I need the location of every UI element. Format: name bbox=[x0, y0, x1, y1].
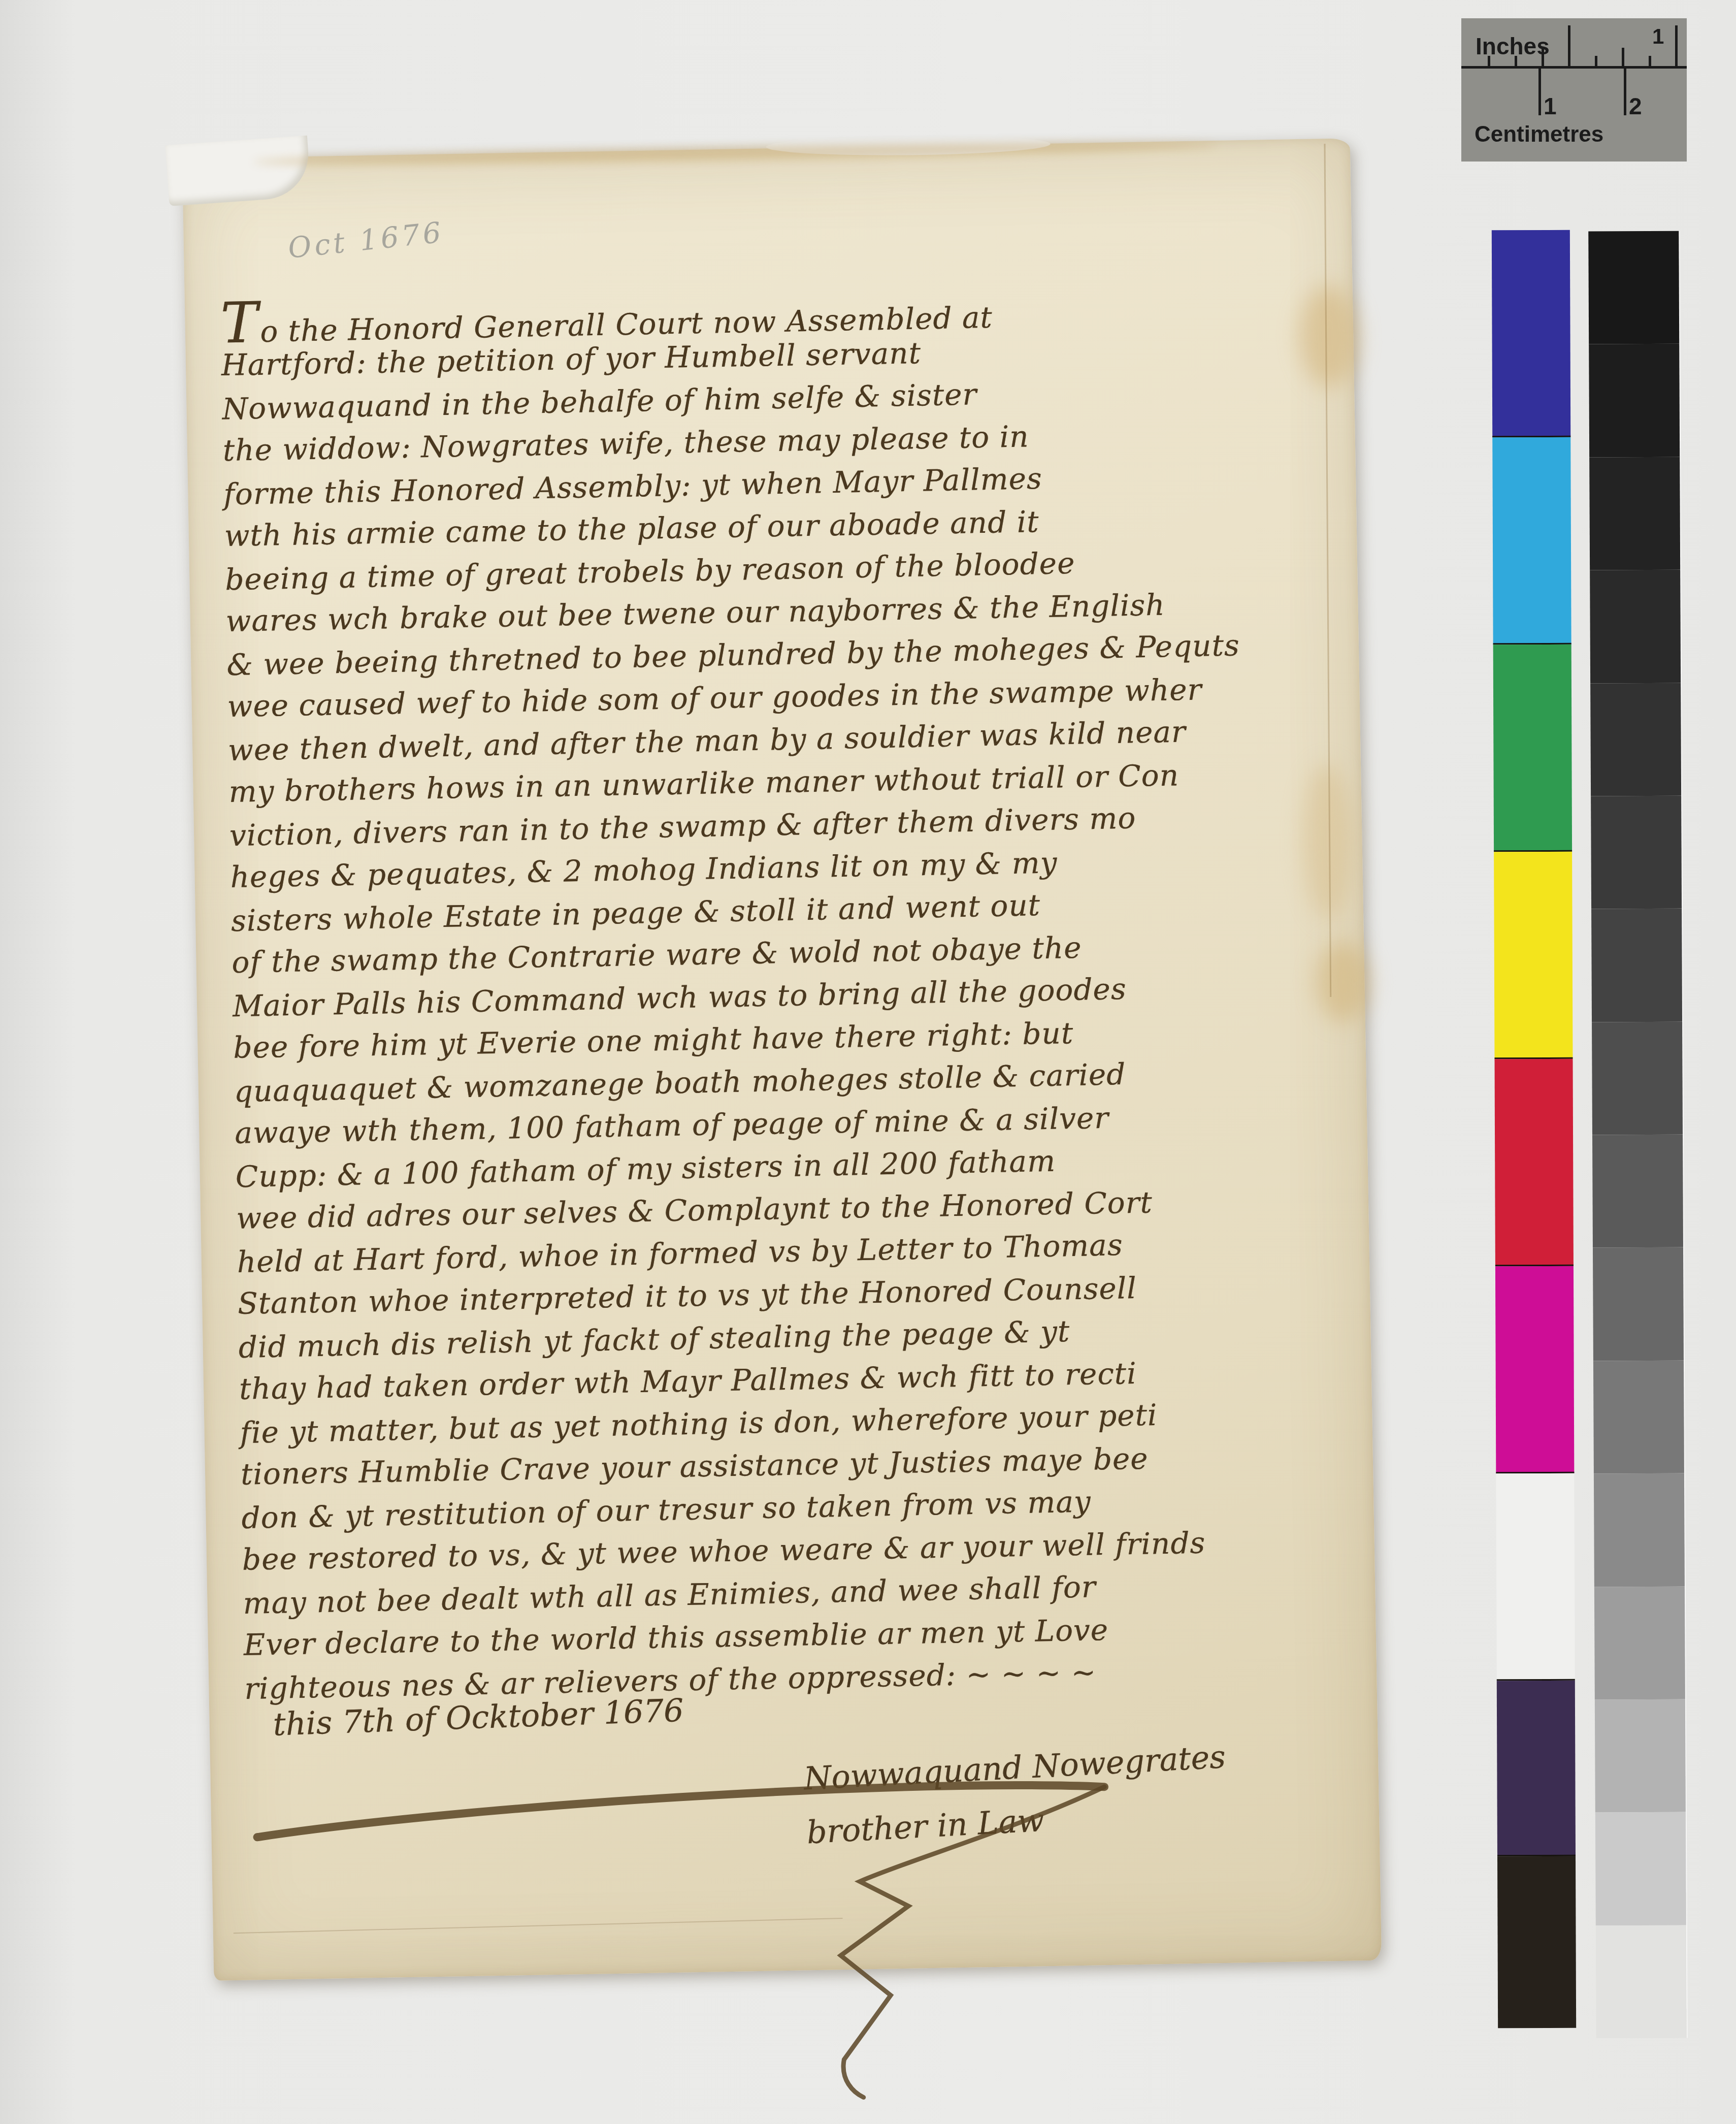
ruler-card: Inches 1 1 2 Centimetres bbox=[1461, 18, 1687, 162]
ruler-baseline bbox=[1461, 66, 1687, 69]
color-patch-green bbox=[1493, 645, 1572, 852]
gray-step bbox=[1589, 344, 1680, 457]
pencil-date-annotation: Oct 1676 bbox=[286, 216, 445, 265]
inch-tick bbox=[1568, 25, 1570, 66]
inch-tick bbox=[1515, 56, 1517, 66]
cm-tick-number: 1 bbox=[1544, 92, 1557, 120]
grayscale-calibration-strip bbox=[1588, 231, 1687, 2039]
cm-tick-number: 2 bbox=[1629, 92, 1642, 120]
inch-tick bbox=[1622, 48, 1624, 66]
torn-corner-flap bbox=[165, 136, 311, 206]
gray-step bbox=[1595, 1699, 1686, 1812]
inch-tick bbox=[1595, 56, 1597, 66]
edge-browning-stain bbox=[253, 139, 1218, 169]
gray-step bbox=[1591, 909, 1682, 1022]
gray-step bbox=[1589, 457, 1680, 570]
inch-tick-number: 1 bbox=[1652, 24, 1664, 49]
color-calibration-strip bbox=[1492, 230, 1576, 2029]
gray-step bbox=[1592, 1021, 1683, 1135]
inch-tick bbox=[1488, 56, 1490, 66]
gray-step bbox=[1596, 1925, 1687, 2038]
color-patch-cyan bbox=[1492, 437, 1571, 645]
inch-tick bbox=[1649, 56, 1651, 66]
manuscript-page: Oct 1676 To the Honord Generall Court no… bbox=[182, 138, 1382, 1981]
color-patch-blue bbox=[1492, 230, 1570, 438]
color-patch-white bbox=[1496, 1473, 1575, 1681]
gray-step bbox=[1593, 1247, 1684, 1361]
signature-flourish bbox=[244, 1660, 1318, 2124]
gray-step bbox=[1588, 231, 1679, 344]
centimetres-label: Centimetres bbox=[1475, 122, 1603, 147]
manuscript-text-block: To the Honord Generall Court now Assembl… bbox=[220, 281, 1377, 1709]
color-patch-black bbox=[1497, 1856, 1576, 2029]
archival-scan: { "scene": { "background_color": "#e9e9e… bbox=[0, 0, 1736, 2124]
inch-tick bbox=[1542, 48, 1544, 66]
inch-tick bbox=[1675, 25, 1678, 66]
gray-step bbox=[1591, 795, 1682, 909]
gray-step bbox=[1592, 1135, 1683, 1248]
gray-step bbox=[1594, 1473, 1685, 1587]
cm-tick bbox=[1538, 69, 1541, 115]
color-patch-magenta bbox=[1495, 1266, 1574, 1474]
color-patch-red bbox=[1495, 1059, 1574, 1267]
color-patch-yellow bbox=[1494, 852, 1573, 1059]
gray-step bbox=[1590, 570, 1681, 683]
cm-tick bbox=[1624, 69, 1626, 115]
gray-step bbox=[1595, 1812, 1686, 1925]
gray-step bbox=[1590, 683, 1681, 796]
gray-step bbox=[1594, 1586, 1685, 1699]
inches-label: Inches bbox=[1476, 33, 1550, 60]
color-patch-violet bbox=[1497, 1681, 1576, 1857]
gray-step bbox=[1593, 1360, 1684, 1473]
